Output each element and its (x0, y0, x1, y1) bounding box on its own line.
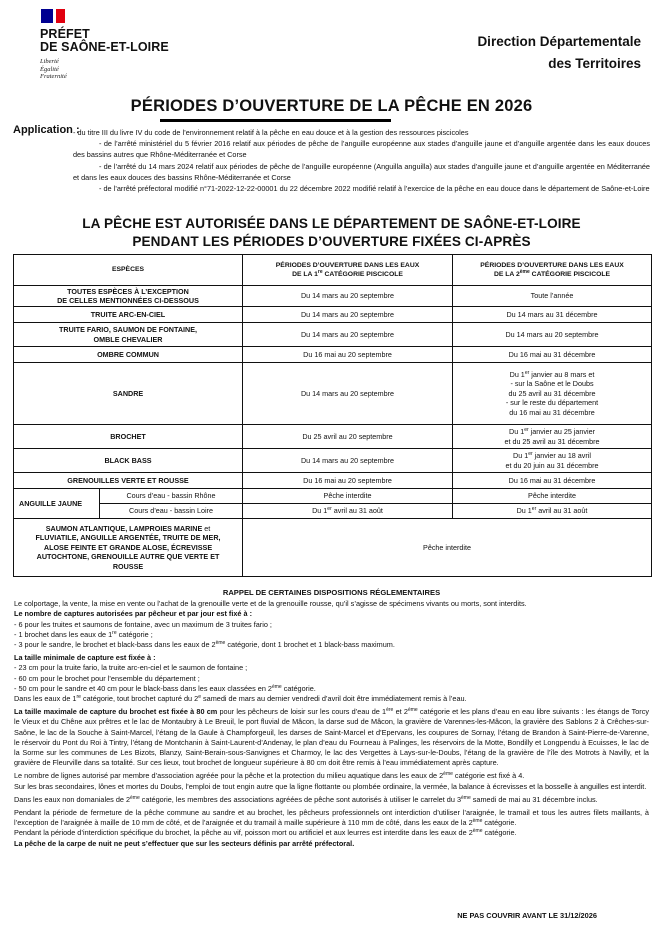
cat1-period: Du 14 mars au 20 septembre (243, 307, 453, 323)
reminder-title: RAPPEL DE CERTAINES DISPOSITIONS RÉGLEME… (14, 588, 649, 598)
header-cat1: PÉRIODES D’OUVERTURE DANS LES EAUX DE LA… (243, 255, 453, 286)
cat1-period: Du 1er avril au 31 août (243, 504, 453, 519)
table-row: TOUTES ESPÈCES À L’EXCEPTIONDE CELLES ME… (14, 286, 652, 307)
fishing-periods-table: ESPÈCES PÉRIODES D’OUVERTURE DANS LES EA… (13, 254, 652, 577)
page-title: PÉRIODES D’OUVERTURE DE LA PÊCHE EN 2026 (0, 97, 663, 116)
table-row: Cours d’eau - bassin LoireDu 1er avril a… (14, 504, 652, 519)
species-cell: BLACK BASS (14, 449, 243, 473)
cat1-period: Du 25 avril au 20 septembre (243, 425, 453, 449)
header-cat2: PÉRIODES D’OUVERTURE DANS LES EAUX DE LA… (453, 255, 652, 286)
reminder-doubs: Sur les bras secondaires, lônes et morte… (14, 782, 649, 792)
species-cell: GRENOUILLES VERTE ET ROUSSE (14, 473, 243, 489)
table-row: TRUITE ARC-EN-CIELDu 14 mars au 20 septe… (14, 307, 652, 323)
table-row: SANDREDu 14 mars au 20 septembreDu 1er j… (14, 363, 652, 425)
sub-basin-cell: Cours d’eau - bassin Rhône (100, 489, 243, 504)
cat1-period: Pêche interdite (243, 489, 453, 504)
cat2-period: Du 1er janvier au 25 janvieret du 25 avr… (453, 425, 652, 449)
table-row: BROCHETDu 25 avril au 20 septembreDu 1er… (14, 425, 652, 449)
application-item: - de l’arrêté ministériel du 5 février 2… (13, 138, 650, 160)
application-item: - du titre III du livre IV du code de l’… (73, 127, 650, 138)
cat2-period: Du 14 mars au 20 septembre (453, 323, 652, 347)
sub-basin-cell: Cours d’eau - bassin Loire (100, 504, 243, 519)
cat2-period: Du 16 mai au 31 décembre (453, 473, 652, 489)
reminder-capture-item: - 3 pour le sandre, le brochet et black-… (14, 640, 649, 650)
reminder-fermeture: Pendant la période de fermeture de la pê… (14, 808, 649, 828)
table-row: BLACK BASSDu 14 mars au 20 septembreDu 1… (14, 449, 652, 473)
cat1-period: Du 14 mars au 20 septembre (243, 286, 453, 307)
cat1-period: Du 14 mars au 20 septembre (243, 449, 453, 473)
header-species: ESPÈCES (14, 255, 243, 286)
regulation-reminder: RAPPEL DE CERTAINES DISPOSITIONS RÉGLEME… (14, 588, 649, 849)
cat2-period: Du 1er janvier au 8 mars et- sur la Saôn… (453, 363, 652, 425)
regulation-poster: PRÉFET DE SAÔNE-ET-LOIRE Liberté Égalité… (0, 0, 663, 932)
reminder-taille-item: - 50 cm pour le sandre et 40 cm pour le … (14, 684, 649, 694)
cat1-period: Du 14 mars au 20 septembre (243, 323, 453, 347)
reminder-taille-item: - 23 cm pour la truite fario, la truite … (14, 663, 649, 673)
section-subtitle: LA PÊCHE EST AUTORISÉE DANS LE DÉPARTEME… (0, 215, 663, 251)
forbidden-cell: Pêche interdite (243, 519, 652, 577)
reminder-carrelet: Dans les eaux non domaniales de 2ème cat… (14, 795, 649, 805)
reminder-taille-max: La taille maximale de capture du brochet… (14, 707, 649, 768)
species-cell: SANDRE (14, 363, 243, 425)
table-header-row: ESPÈCES PÉRIODES D’OUVERTURE DANS LES EA… (14, 255, 652, 286)
species-cell: TRUITE FARIO, SAUMON DE FONTAINE,OMBLE C… (14, 323, 243, 347)
cat2-period: Toute l’année (453, 286, 652, 307)
reminder-interdiction-brochet: Pendant la période d’interdiction spécif… (14, 828, 649, 838)
cat2-period: Pêche interdite (453, 489, 652, 504)
reminder-colportage: Le colportage, la vente, la mise en vent… (14, 599, 649, 609)
application-item: - de l’arrêté préfectoral modifié n°71-2… (13, 183, 650, 194)
prefecture-logo: PRÉFET DE SAÔNE-ET-LOIRE Liberté Égalité… (40, 9, 170, 81)
reminder-captures-title: Le nombre de captures autorisées par pêc… (14, 609, 649, 619)
republic-motto: Liberté Égalité Fraternité (40, 58, 170, 81)
french-flag-icon (41, 9, 65, 23)
application-section: Application : - du titre III du livre IV… (13, 127, 650, 194)
table-row: TRUITE FARIO, SAUMON DE FONTAINE,OMBLE C… (14, 323, 652, 347)
cat1-period: Du 14 mars au 20 septembre (243, 363, 453, 425)
reminder-taille-min-title: La taille minimale de capture est fixée … (14, 653, 649, 663)
title-underline (160, 119, 391, 122)
reminder-brochet-1re: Dans les eaux de 1re catégorie, tout bro… (14, 694, 649, 704)
cat1-period: Du 16 mai au 20 septembre (243, 347, 453, 363)
posting-notice: NE PAS COUVRIR AVANT LE 31/12/2026 (457, 911, 597, 920)
table-row: OMBRE COMMUNDu 16 mai au 20 septembreDu … (14, 347, 652, 363)
cat2-period: Du 1er avril au 31 août (453, 504, 652, 519)
cat2-period: Du 1er janvier au 18 avrilet du 20 juin … (453, 449, 652, 473)
table-row: ANGUILLE JAUNECours d’eau - bassin Rhône… (14, 489, 652, 504)
species-cell: OMBRE COMMUN (14, 347, 243, 363)
cat2-period: Du 14 mars au 31 décembre (453, 307, 652, 323)
application-label: Application : (13, 125, 80, 136)
reminder-taille-item: - 60 cm pour le brochet pour l’ensemble … (14, 674, 649, 684)
species-cell: BROCHET (14, 425, 243, 449)
table-row: GRENOUILLES VERTE ET ROUSSEDu 16 mai au … (14, 473, 652, 489)
species-cell: TRUITE ARC-EN-CIEL (14, 307, 243, 323)
prefet-title: PRÉFET DE SAÔNE-ET-LOIRE (40, 28, 170, 54)
cat1-period: Du 16 mai au 20 septembre (243, 473, 453, 489)
reminder-capture-item: - 6 pour les truites et saumons de fonta… (14, 620, 649, 630)
table-row: SAUMON ATLANTIQUE, LAMPROIES MARINE et F… (14, 519, 652, 577)
species-cell: SAUMON ATLANTIQUE, LAMPROIES MARINE et F… (14, 519, 243, 577)
species-cell: ANGUILLE JAUNE (14, 489, 100, 519)
reminder-capture-item: - 1 brochet dans les eaux de 1re catégor… (14, 630, 649, 640)
species-cell: TOUTES ESPÈCES À L’EXCEPTIONDE CELLES ME… (14, 286, 243, 307)
cat2-period: Du 16 mai au 31 décembre (453, 347, 652, 363)
reminder-carpe-nuit: La pêche de la carpe de nuit ne peut s’e… (14, 839, 649, 849)
application-item: - de l’arrêté du 14 mars 2024 relatif au… (13, 161, 650, 183)
department-name: Direction Départementale des Territoires (477, 31, 641, 75)
reminder-lignes: Le nombre de lignes autorisé par membre … (14, 771, 649, 781)
